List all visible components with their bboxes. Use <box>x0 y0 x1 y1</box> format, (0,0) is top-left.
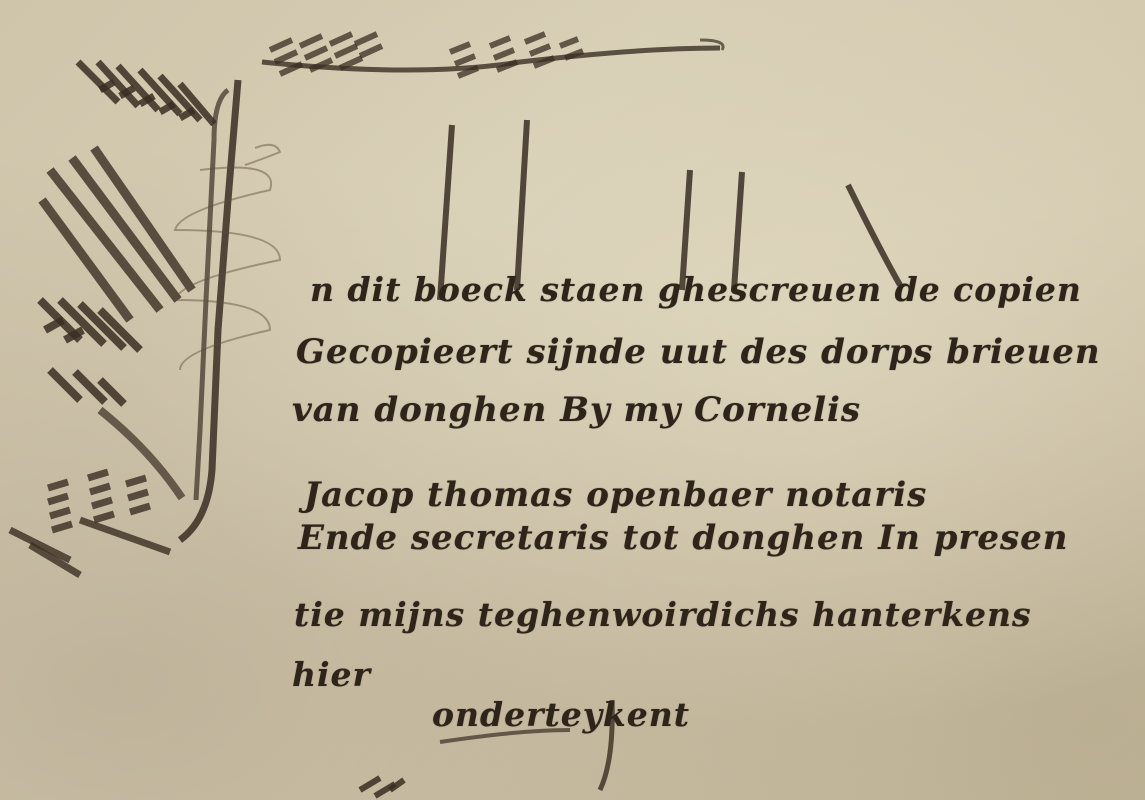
manuscript-page: n dit boeck staen ghescreuen de copien G… <box>0 0 1145 800</box>
text-line-4: Jacop thomas openbaer notaris <box>304 475 927 515</box>
text-line-7: hier <box>292 655 371 694</box>
text-line-6: tie mijns teghenwoirdichs hanterkens <box>294 595 1032 634</box>
text-line-3: van donghen By my Cornelis <box>292 390 861 430</box>
text-line-5: Ende secretaris tot donghen In presen <box>298 518 1069 558</box>
text-line-1: n dit boeck staen ghescreuen de copien <box>310 270 1082 309</box>
text-line-2: Gecopieert sijnde uut des dorps brieuen <box>296 332 1101 372</box>
text-line-8: onderteykent <box>432 695 690 734</box>
